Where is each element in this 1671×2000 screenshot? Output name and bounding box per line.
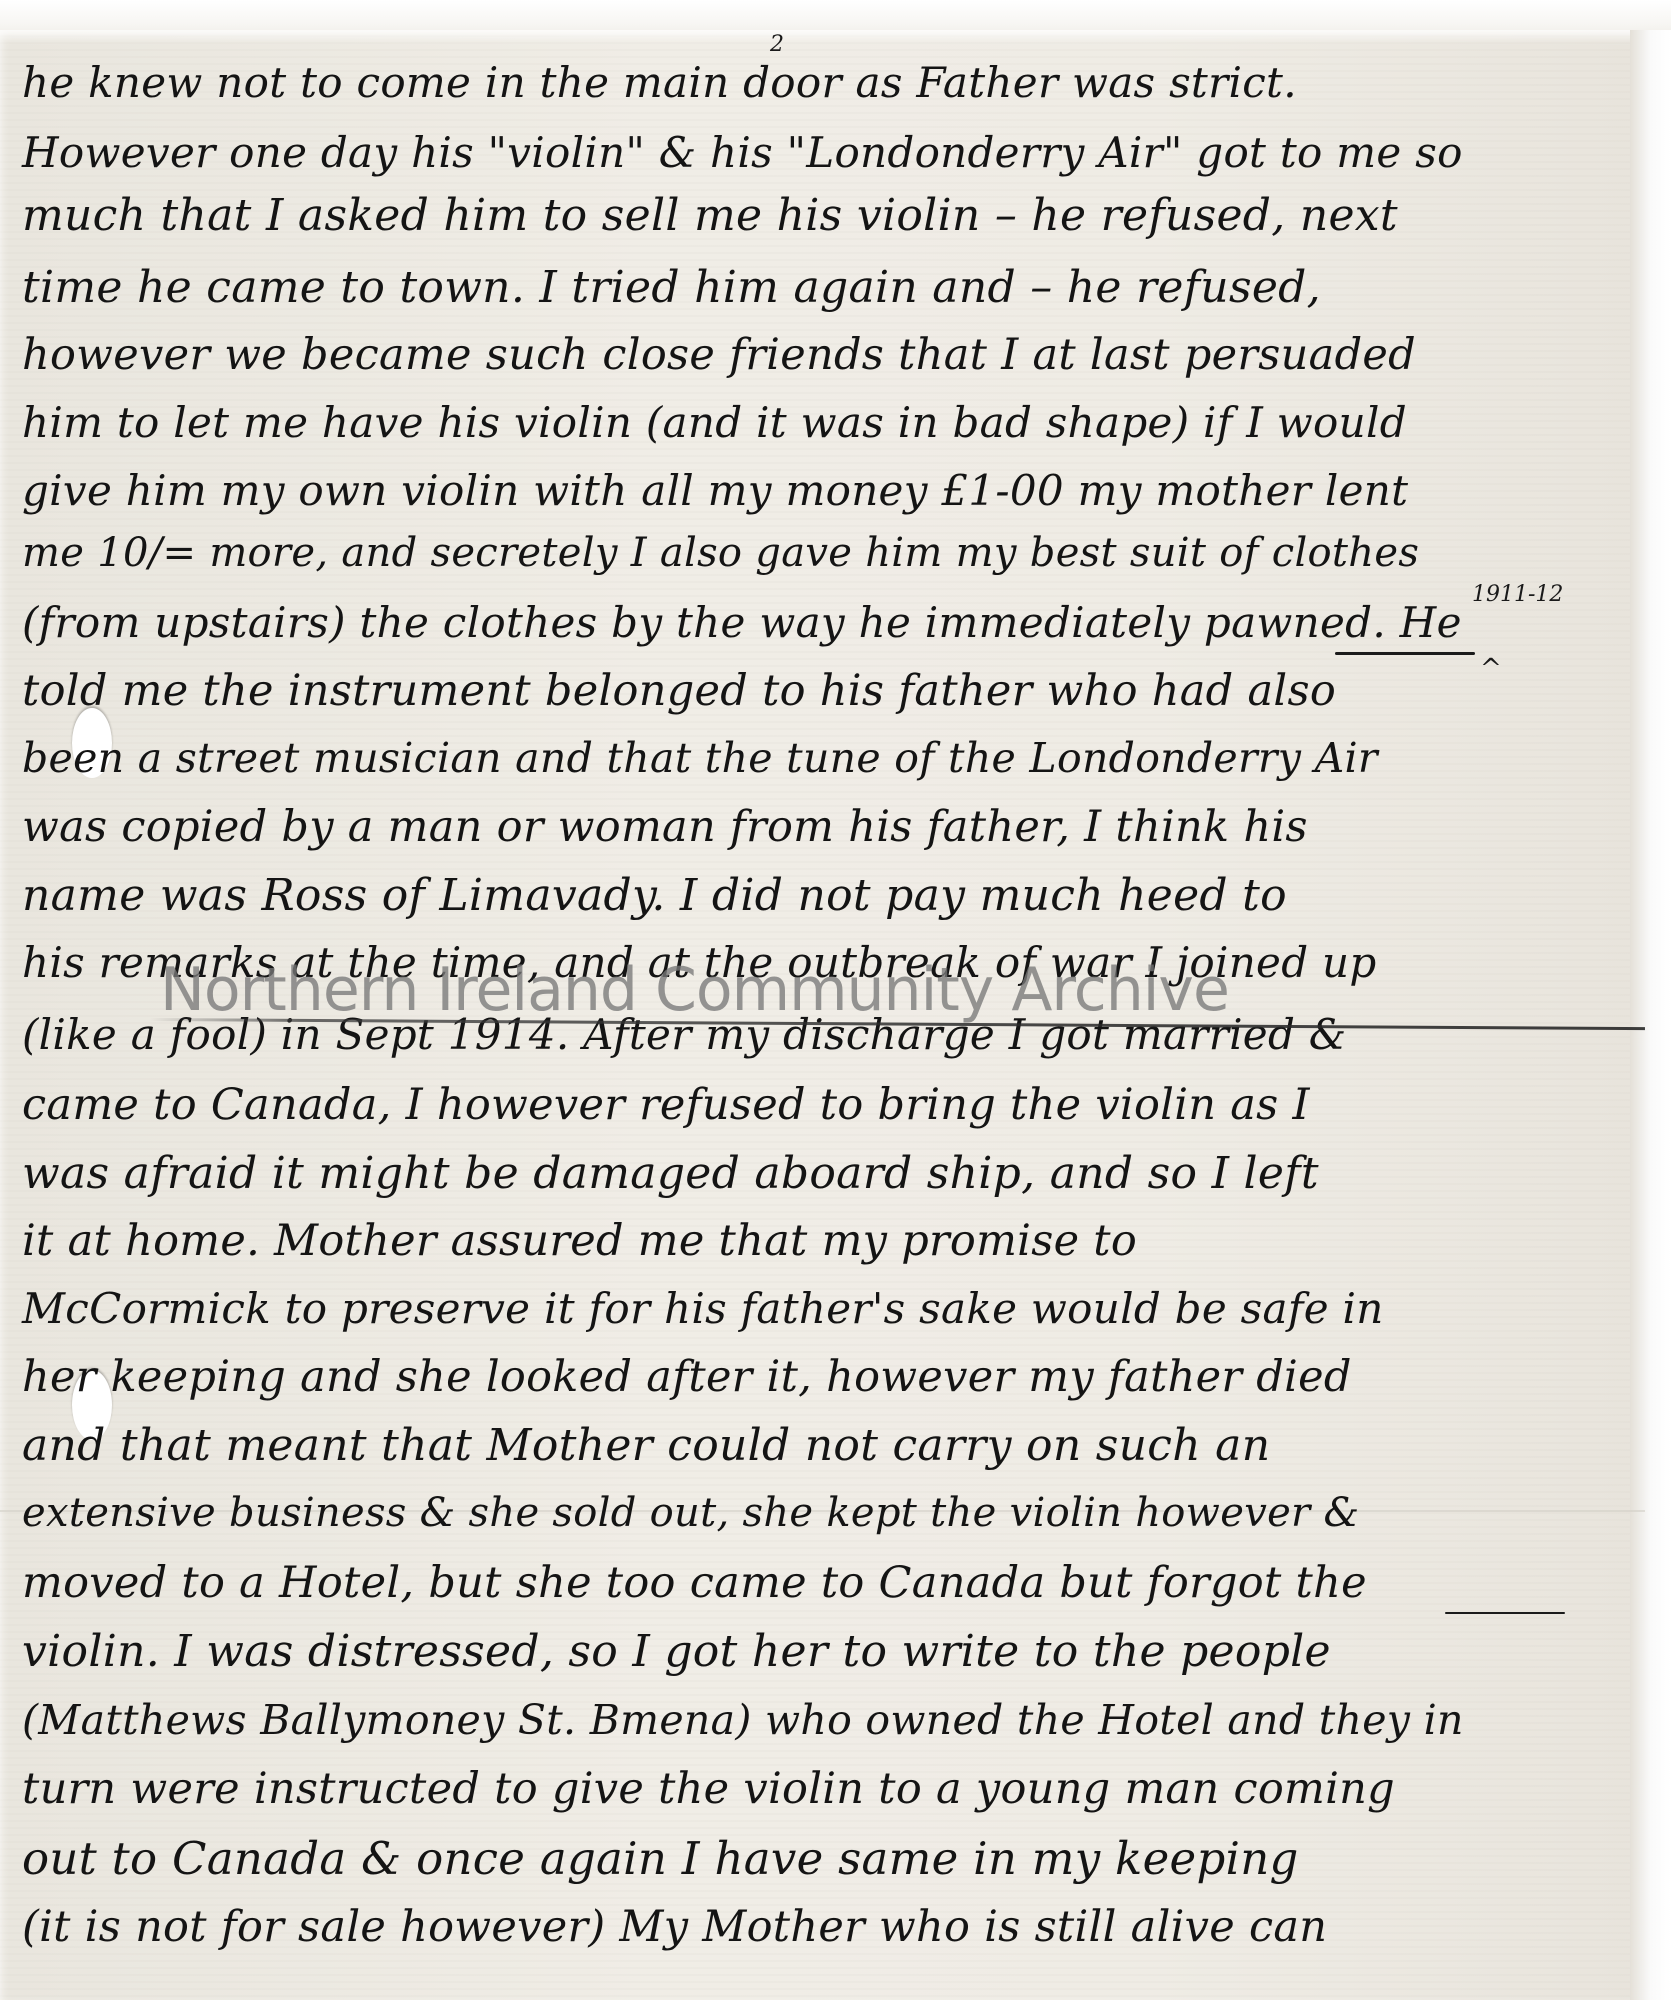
underline-forgot bbox=[1445, 1612, 1565, 1614]
letter-line: name was Ross of Limavady. I did not pay… bbox=[22, 870, 1287, 921]
letter-line: came to Canada, I however refused to bri… bbox=[22, 1080, 1310, 1130]
letter-line: out to Canada & once again I have same i… bbox=[22, 1832, 1299, 1885]
page-right-edge bbox=[1630, 30, 1671, 2000]
letter-line: McCormick to preserve it for his father'… bbox=[22, 1284, 1384, 1333]
insertion-caret: ^ bbox=[1480, 654, 1502, 684]
letter-line: (Matthews Ballymoney St. Bmena) who owne… bbox=[22, 1696, 1464, 1744]
letter-line: him to let me have his violin (and it wa… bbox=[22, 398, 1407, 447]
letter-line: was copied by a man or woman from his fa… bbox=[22, 802, 1308, 852]
letter-line: turn were instructed to give the violin … bbox=[22, 1764, 1395, 1814]
letter-line: (from upstairs) the clothes by the way h… bbox=[22, 598, 1462, 647]
underline-pawned bbox=[1335, 652, 1475, 655]
letter-line: and that meant that Mother could not car… bbox=[22, 1420, 1270, 1471]
letter-line: (it is not for sale however) My Mother w… bbox=[22, 1902, 1327, 1952]
letter-line: violin. I was distressed, so I got her t… bbox=[22, 1626, 1331, 1677]
letter-line: extensive business & she sold out, she k… bbox=[22, 1490, 1359, 1536]
letter-line: However one day his "violin" & his "Lond… bbox=[22, 128, 1463, 177]
letter-line: it at home. Mother assured me that my pr… bbox=[22, 1216, 1137, 1266]
letter-line: however we became such close friends tha… bbox=[22, 330, 1416, 380]
letter-line: was afraid it might be damaged aboard sh… bbox=[22, 1148, 1319, 1199]
letter-line: me 10/= more, and secretely I also gave … bbox=[22, 530, 1419, 576]
page-number: 2 bbox=[770, 32, 784, 57]
watermark-text: Northern Ireland Community Archive bbox=[160, 955, 1229, 1025]
letter-line: time he came to town. I tried him again … bbox=[22, 262, 1321, 313]
letter-line: been a street musician and that the tune… bbox=[22, 734, 1378, 782]
letter-line: told me the instrument belonged to his f… bbox=[22, 666, 1336, 716]
margin-date-note: 1911-12 bbox=[1472, 582, 1563, 607]
letter-line: give him my own violin with all my money… bbox=[22, 466, 1408, 515]
letter-line: much that I asked him to sell me his vio… bbox=[22, 190, 1398, 241]
letter-line: her keeping and she looked after it, how… bbox=[22, 1352, 1352, 1402]
letter-line: he knew not to come in the main door as … bbox=[22, 58, 1297, 107]
letter-line: moved to a Hotel, but she too came to Ca… bbox=[22, 1558, 1367, 1608]
